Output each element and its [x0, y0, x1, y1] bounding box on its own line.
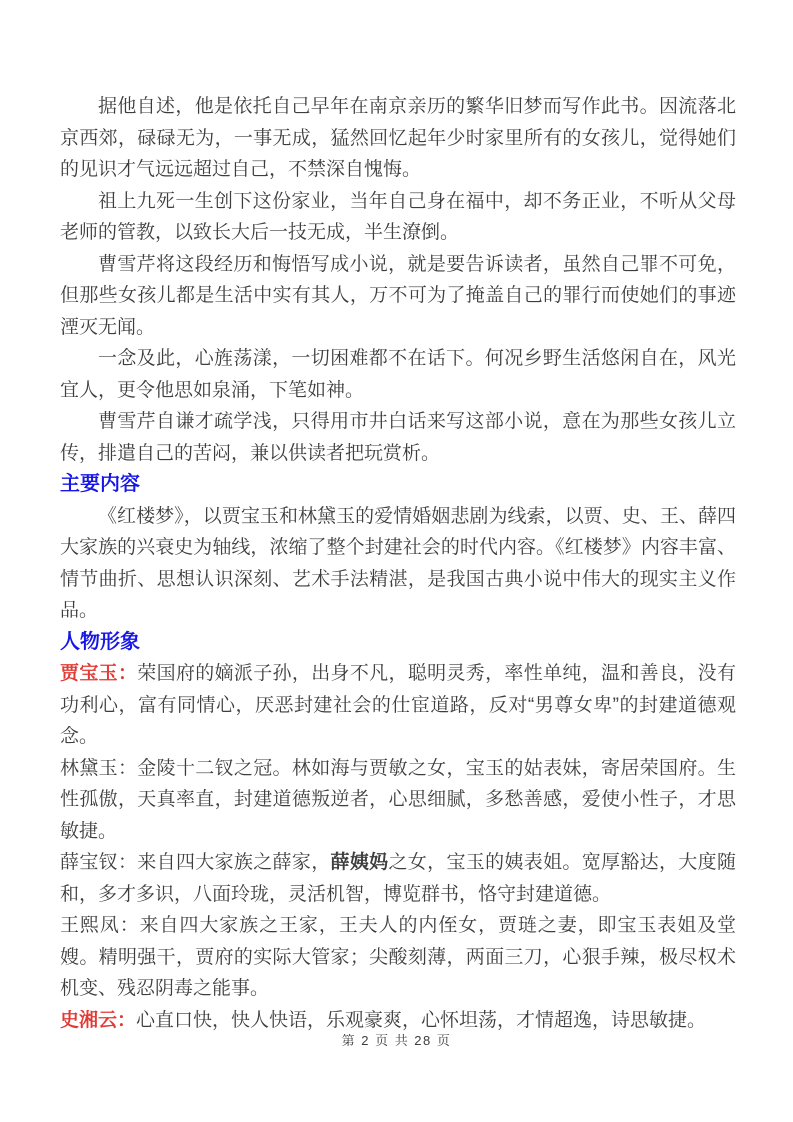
page-number-indicator: 第 2 页 共 28 页: [342, 1033, 452, 1048]
paragraph-resolve: 一念及此，心旌荡漾，一切困难都不在话下。何况乡野生活悠闲自在，风光宜人，更令他思…: [60, 343, 736, 406]
page-footer: 第 2 页 共 28 页: [0, 1031, 793, 1051]
paragraph-self-account: 据他自述，他是依托自己早年在南京亲历的繁华旧梦而写作此书。因流落北京西郊，碌碌无…: [60, 91, 736, 186]
section-heading-characters: 人物形象: [60, 627, 736, 659]
character-entry-lindaiyu: 林黛玉：金陵十二钗之冠。林如海与贾敏之女，宝玉的姑表妹，寄居荣国府。生性孤傲，天…: [60, 753, 736, 848]
character-name-xuebaochai: 薛宝钗：: [60, 852, 137, 873]
character-desc-xuebaochai-bold-term: 薛姨妈: [331, 852, 389, 873]
character-name-wangxifeng: 王熙凤：: [60, 915, 140, 936]
paragraph-hongloumeng-summary: 《红楼梦》，以贾宝玉和林黛玉的爱情婚姻悲剧为线索，以贾、史、王、薛四大家族的兴衰…: [60, 501, 736, 627]
section-heading-main-content: 主要内容: [60, 469, 736, 501]
character-entry-jiabaoyu: 贾宝玉：荣国府的嫡派子孙，出身不凡，聪明灵秀，率性单纯，温和善良，没有功利心，富…: [60, 658, 736, 753]
character-desc-jiabaoyu: 荣国府的嫡派子孙，出身不凡，聪明灵秀，率性单纯，温和善良，没有功利心，富有同情心…: [60, 663, 736, 747]
character-name-shixiangyun: 史湘云：: [60, 1010, 136, 1031]
document-content: 据他自述，他是依托自己早年在南京亲历的繁华旧梦而写作此书。因流落北京西郊，碌碌无…: [60, 91, 736, 1036]
character-entry-wangxifeng: 王熙凤：来自四大家族之王家，王夫人的内侄女，贾琏之妻，即宝玉表姐及堂嫂。精明强干…: [60, 910, 736, 1005]
paragraph-novel-purpose: 曹雪芹将这段经历和悔悟写成小说，就是要告诉读者，虽然自己罪不可免，但那些女孩儿都…: [60, 249, 736, 344]
character-desc-xuebaochai-before: 来自四大家族之薛家，: [137, 852, 330, 873]
character-desc-shixiangyun: 心直口快，快人快语，乐观豪爽，心怀坦荡，才情超逸，诗思敏捷。: [136, 1010, 706, 1031]
paragraph-family-business: 祖上九死一生创下这份家业，当年自己身在福中，却不务正业，不听从父母老师的管教，以…: [60, 186, 736, 249]
paragraph-humble-style: 曹雪芹自谦才疏学浅，只得用市井白话来写这部小说，意在为那些女孩儿立传，排遣自己的…: [60, 406, 736, 469]
character-entry-xuebaochai: 薛宝钗：来自四大家族之薛家，薛姨妈之女，宝玉的姨表姐。宽厚豁达，大度随和，多才多…: [60, 847, 736, 910]
character-name-lindaiyu: 林黛玉：: [60, 758, 137, 779]
document-page: 据他自述，他是依托自己早年在南京亲历的繁华旧梦而写作此书。因流落北京西郊，碌碌无…: [0, 0, 793, 1122]
character-name-jiabaoyu: 贾宝玉：: [60, 663, 137, 684]
character-desc-wangxifeng: 来自四大家族之王家，王夫人的内侄女，贾琏之妻，即宝玉表姐及堂嫂。精明强干，贾府的…: [60, 915, 736, 999]
character-desc-lindaiyu: 金陵十二钗之冠。林如海与贾敏之女，宝玉的姑表妹，寄居荣国府。生性孤傲，天真率直，…: [60, 758, 736, 842]
